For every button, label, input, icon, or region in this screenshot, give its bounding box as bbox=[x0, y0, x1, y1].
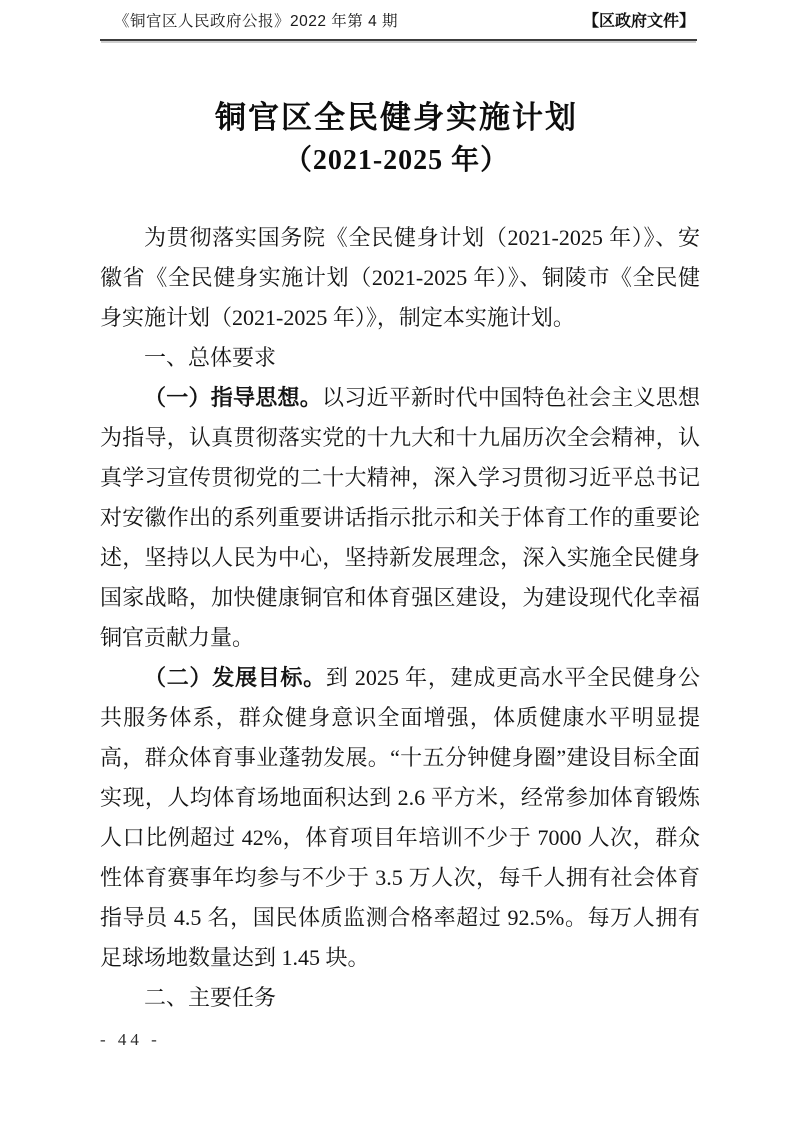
section-heading-overall-requirements: 一、总体要求 bbox=[100, 338, 700, 378]
section-heading-main-tasks: 二、主要任务 bbox=[100, 978, 700, 1018]
page-header: 《铜官区人民政府公报》2022 年第 4 期 【区政府文件】 bbox=[100, 8, 697, 41]
page-number: - 44 - bbox=[100, 1030, 161, 1050]
document-page: 《铜官区人民政府公报》2022 年第 4 期 【区政府文件】 铜官区全民健身实施… bbox=[0, 0, 793, 1122]
document-body: 为贯彻落实国务院《全民健身计划（2021-2025 年）》、安徽省《全民健身实施… bbox=[100, 218, 700, 1018]
paragraph-text-development-goals: 到 2025 年，建成更高水平全民健身公共服务体系，群众健身意识全面增强，体质健… bbox=[100, 665, 700, 970]
paragraph-lead-development-goals: （二）发展目标。 bbox=[144, 665, 326, 690]
gazette-issue-label: 《铜官区人民政府公报》2022 年第 4 期 bbox=[114, 9, 398, 31]
paragraph-intro: 为贯彻落实国务院《全民健身计划（2021-2025 年）》、安徽省《全民健身实施… bbox=[100, 218, 700, 338]
title-years: （2021-2025 年） bbox=[0, 140, 793, 182]
paragraph-text-guiding-ideology: 以习近平新时代中国特色社会主义思想为指导，认真贯彻落实党的十九大和十九届历次全会… bbox=[100, 385, 700, 650]
paragraph-guiding-ideology: （一）指导思想。以习近平新时代中国特色社会主义思想为指导，认真贯彻落实党的十九大… bbox=[100, 378, 700, 658]
document-category-label: 【区政府文件】 bbox=[583, 8, 695, 31]
title-main: 铜官区全民健身实施计划 bbox=[0, 96, 793, 140]
paragraph-development-goals: （二）发展目标。到 2025 年，建成更高水平全民健身公共服务体系，群众健身意识… bbox=[100, 658, 700, 978]
document-title: 铜官区全民健身实施计划 （2021-2025 年） bbox=[0, 96, 793, 182]
paragraph-lead-guiding-ideology: （一）指导思想。 bbox=[144, 385, 322, 410]
